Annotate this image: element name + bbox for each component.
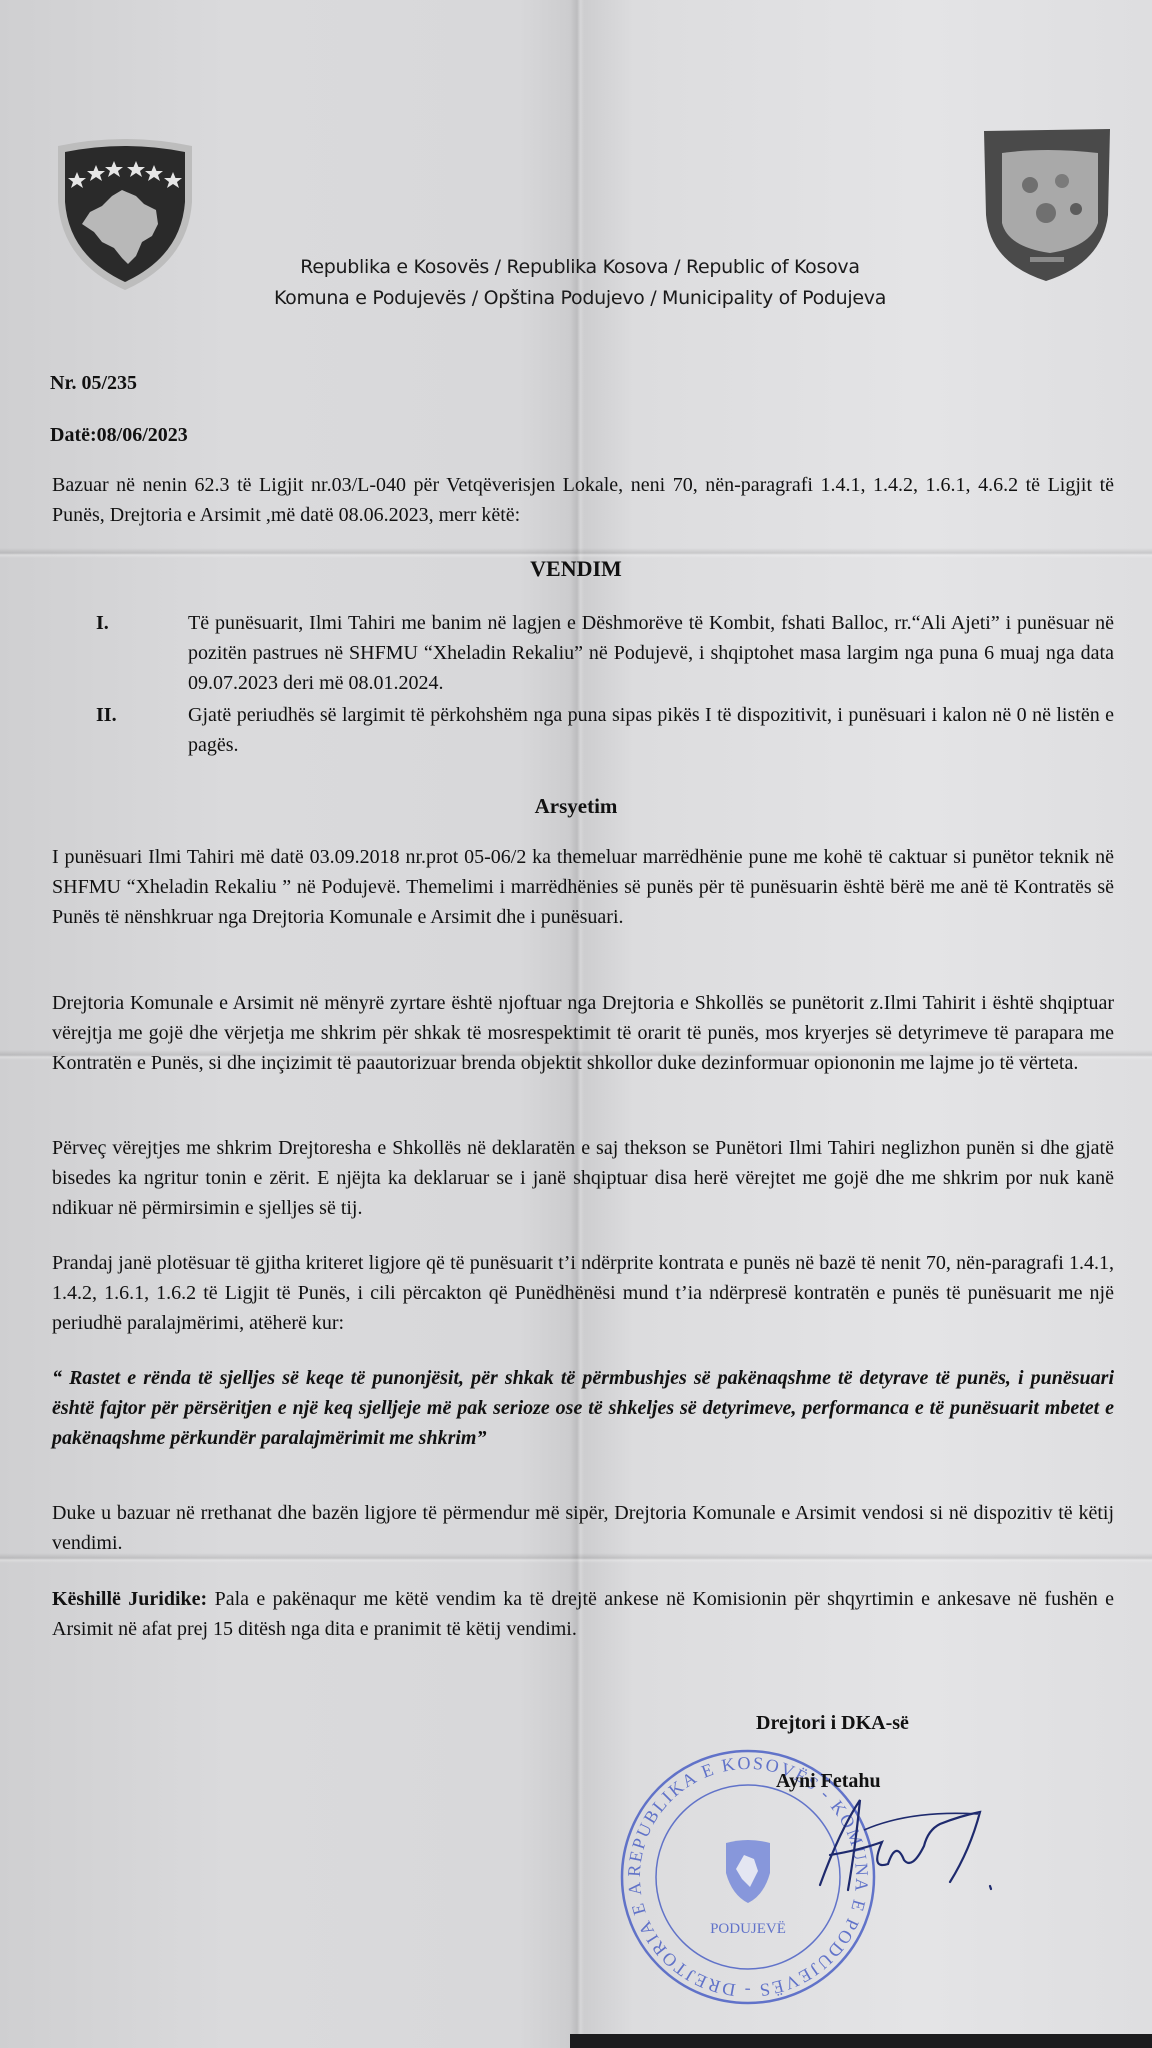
kosovo-coat-of-arms-icon [52,132,198,292]
handwritten-signature-icon [800,1790,1000,1900]
document-number: Nr. 05/235 [50,372,137,395]
legal-quote: “ Rastet e rënda të sjelljes së keqe të … [52,1363,1114,1453]
decision-title: VENDIM [0,556,1152,582]
photo-background-edge [570,2034,1152,2048]
decision-item-number: I. [96,608,109,638]
legal-advice-text: Pala e pakënaqur me këtë vendim ka të dr… [52,1588,1114,1640]
letterhead: Republika e Kosovës / Republika Kosova /… [190,252,970,314]
legal-advice-label: Këshillë Juridike: [52,1588,207,1610]
preamble: Bazuar në nenin 62.3 të Ligjit nr.03/L-0… [52,470,1114,530]
legal-advice: Këshillë Juridike: Pala e pakënaqur me k… [52,1584,1114,1644]
document-date: Datë:08/06/2023 [50,424,188,447]
reasoning-paragraph: Prandaj janë plotësuar të gjitha kritere… [52,1248,1114,1338]
decision-item: II. Gjatë periudhës së largimit të përko… [96,700,1114,760]
decision-item-number: II. [96,700,117,730]
decision-item: I. Të punësuarit, Ilmi Tahiri me banim n… [96,608,1114,698]
podujeva-municipal-emblem-icon [980,125,1114,283]
reasoning-paragraph: I punësuari Ilmi Tahiri më datë 03.09.20… [52,842,1114,932]
reasoning-title: Arsyetim [0,794,1152,819]
reasoning-paragraph: Përveç vërejtjes me shkrim Drejtoresha e… [52,1133,1114,1223]
decision-item-text: Të punësuarit, Ilmi Tahiri me banim në l… [188,608,1114,698]
reasoning-paragraph: Drejtoria Komunale e Arsimit në mënyrë z… [52,988,1114,1078]
letterhead-republic: Republika e Kosovës / Republika Kosova /… [190,252,970,283]
conclusion: Duke u bazuar në rrethanat dhe bazën lig… [52,1498,1114,1558]
letterhead-municipality: Komuna e Podujevës / Opština Podujevo / … [190,283,970,314]
decision-item-text: Gjatë periudhës së largimit të përkohshë… [188,700,1114,760]
svg-text:PODUJEVË: PODUJEVË [710,1920,786,1937]
signer-title: Drejtori i DKA-së [756,1712,909,1735]
